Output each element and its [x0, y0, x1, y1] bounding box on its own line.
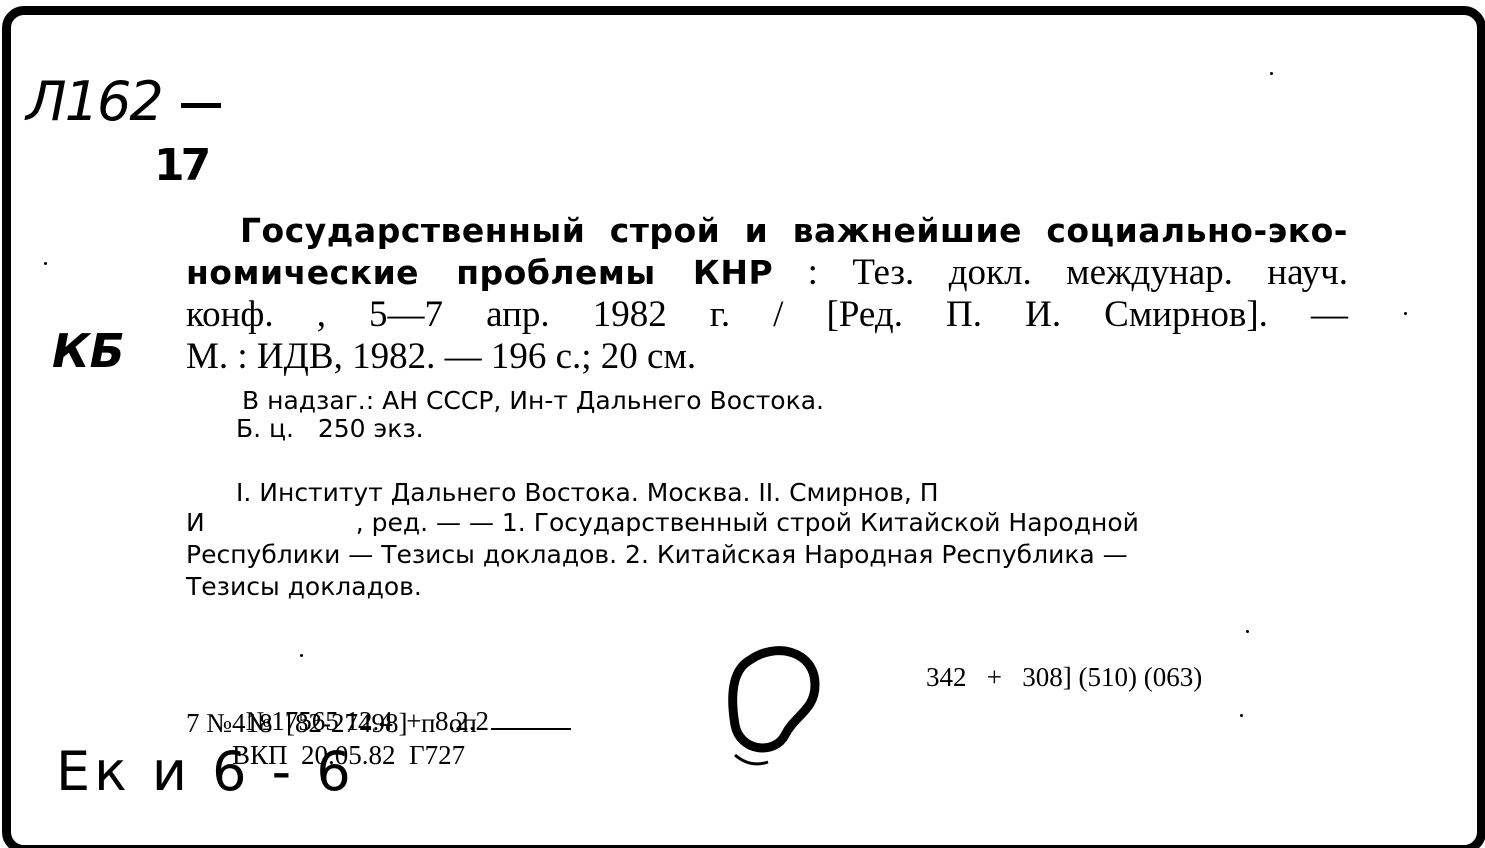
title-line-2: номические проблемы КНР : Тез. докл. меж… [186, 252, 1348, 294]
speck [300, 654, 303, 657]
bibliographic-description: Государственный строй и важнейшие социал… [186, 210, 1348, 378]
hand-drawn-circle-mark [720, 640, 830, 770]
title-line-4: М. : ИДВ, 1982. — 196 с.; 20 см. [186, 336, 1348, 378]
shelfmark-top: Л162 [26, 70, 162, 133]
speck [1270, 72, 1273, 75]
handwritten-class-mark: Ек и 6 - 6 [56, 740, 355, 803]
classification-index: 342 + 308] (510) (063) [926, 662, 1202, 692]
title-line-1: Государственный строй и важнейшие социал… [186, 210, 1348, 252]
title-line-3: конф. , 5—7 апр. 1982 г. / [Ред. П. И. С… [186, 294, 1348, 336]
handwritten-initials: КБ [52, 324, 125, 378]
tracing-line-4: Тезисы докладов. [186, 572, 422, 602]
tracing-line-2: И , ред. — — 1. Государственный строй Ки… [186, 508, 1139, 538]
handwritten-shelfmark: Л162 [26, 70, 221, 133]
note-heading: В надзаг.: АН СССР, Ин-т Дальнего Восток… [242, 386, 824, 415]
tracing-line-3: Республики — Тезисы докладов. 2. Китайск… [186, 540, 1128, 570]
note-price-copies: Б. ц. 250 экз. [236, 414, 424, 443]
tracing-line-1: I. Институт Дальнего Востока. Москва. II… [236, 478, 939, 508]
speck [1240, 714, 1243, 717]
shelfmark-sub: 17 [154, 140, 207, 191]
imprint-line-2: 7 №418 [82-27498] п оп [186, 708, 477, 738]
speck [44, 262, 47, 265]
speck [1246, 630, 1249, 633]
speck [1404, 312, 1407, 315]
